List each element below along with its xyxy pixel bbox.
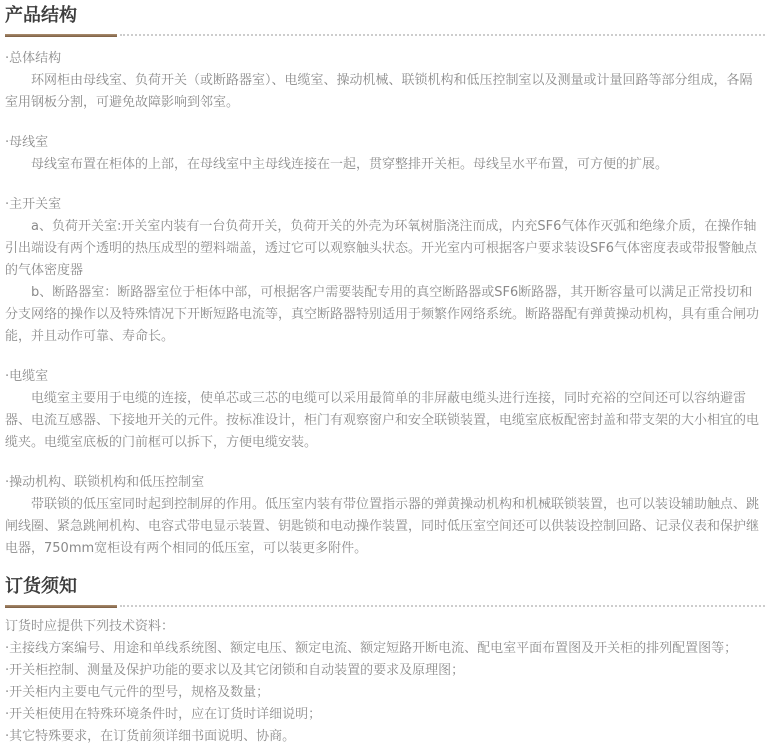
section-paragraph: 母线室布置在柜体的上部，在母线室中主母线连接在一起，贯穿整排开关柜。母线呈水平布… [5, 154, 765, 176]
accent-bar [5, 34, 117, 37]
ordering-intro: 订货时应提供下列技术资料： [5, 616, 765, 638]
product-structure-title: 产品结构 [5, 5, 765, 27]
section-paragraph: 环网柜由母线室、负荷开关（或断路器室）、电缆室、操动机械、联锁机构和低压控制室以… [5, 70, 765, 114]
accent-bar [5, 605, 117, 608]
section-busbar-compartment: ·母线室 母线室布置在柜体的上部，在母线室中主母线连接在一起，贯穿整排开关柜。母… [5, 132, 765, 176]
section-heading: ·主开关室 [5, 194, 765, 216]
ordering-item: ·开关柜控制、测量及保护功能的要求以及其它闭锁和自动装置的要求及原理图； [5, 660, 765, 682]
title-underline [5, 33, 765, 37]
ordering-item: ·主接线方案编号、用途和单线系统图、额定电压、额定电流、额定短路开断电流、配电室… [5, 638, 765, 660]
section-operating-mechanism: ·操动机构、联锁机构和低压控制室 带联锁的低压室同时起到控制屏的作用。低压室内装… [5, 472, 765, 560]
dotted-divider [120, 605, 765, 607]
title-underline [5, 604, 765, 608]
section-heading: ·操动机构、联锁机构和低压控制室 [5, 472, 765, 494]
section-main-switch-compartment: ·主开关室 a、负荷开关室:开关室内装有一台负荷开关，负荷开关的外壳为环氧树脂浇… [5, 194, 765, 348]
ordering-list: ·主接线方案编号、用途和单线系统图、额定电压、额定电流、额定短路开断电流、配电室… [5, 638, 765, 748]
ordering-item: ·开关柜内主要电气元件的型号，规格及数量； [5, 682, 765, 704]
ordering-notes-section: 订货须知 订货时应提供下列技术资料： ·主接线方案编号、用途和单线系统图、额定电… [5, 576, 765, 748]
section-cable-compartment: ·电缆室 电缆室主要用于电缆的连接，使单芯或三芯的电缆可以采用最简单的非屏蔽电缆… [5, 366, 765, 454]
dotted-divider [120, 34, 765, 36]
section-paragraph: 电缆室主要用于电缆的连接，使单芯或三芯的电缆可以采用最简单的非屏蔽电缆头进行连接… [5, 388, 765, 454]
section-heading: ·母线室 [5, 132, 765, 154]
section-overall-structure: ·总体结构 环网柜由母线室、负荷开关（或断路器室）、电缆室、操动机械、联锁机构和… [5, 48, 765, 114]
document-page: 产品结构 ·总体结构 环网柜由母线室、负荷开关（或断路器室）、电缆室、操动机械、… [0, 0, 772, 748]
section-heading: ·电缆室 [5, 366, 765, 388]
ordering-notes-title: 订货须知 [5, 576, 765, 598]
section-paragraph: 带联锁的低压室同时起到控制屏的作用。低压室内装有带位置指示器的弹黄操动机构和机械… [5, 494, 765, 560]
ordering-item: ·其它特殊要求，在订货前须详细书面说明、协商。 [5, 726, 765, 748]
section-heading: ·总体结构 [5, 48, 765, 70]
ordering-item: ·开关柜使用在特殊环境条件时，应在订货时详细说明； [5, 704, 765, 726]
section-paragraph: a、负荷开关室:开关室内装有一台负荷开关，负荷开关的外壳为环氧树脂浇注而成，内充… [5, 216, 765, 282]
section-paragraph: b、断路器室：断路器室位于柜体中部，可根据客户需要装配专用的真空断路器或SF6断… [5, 282, 765, 348]
